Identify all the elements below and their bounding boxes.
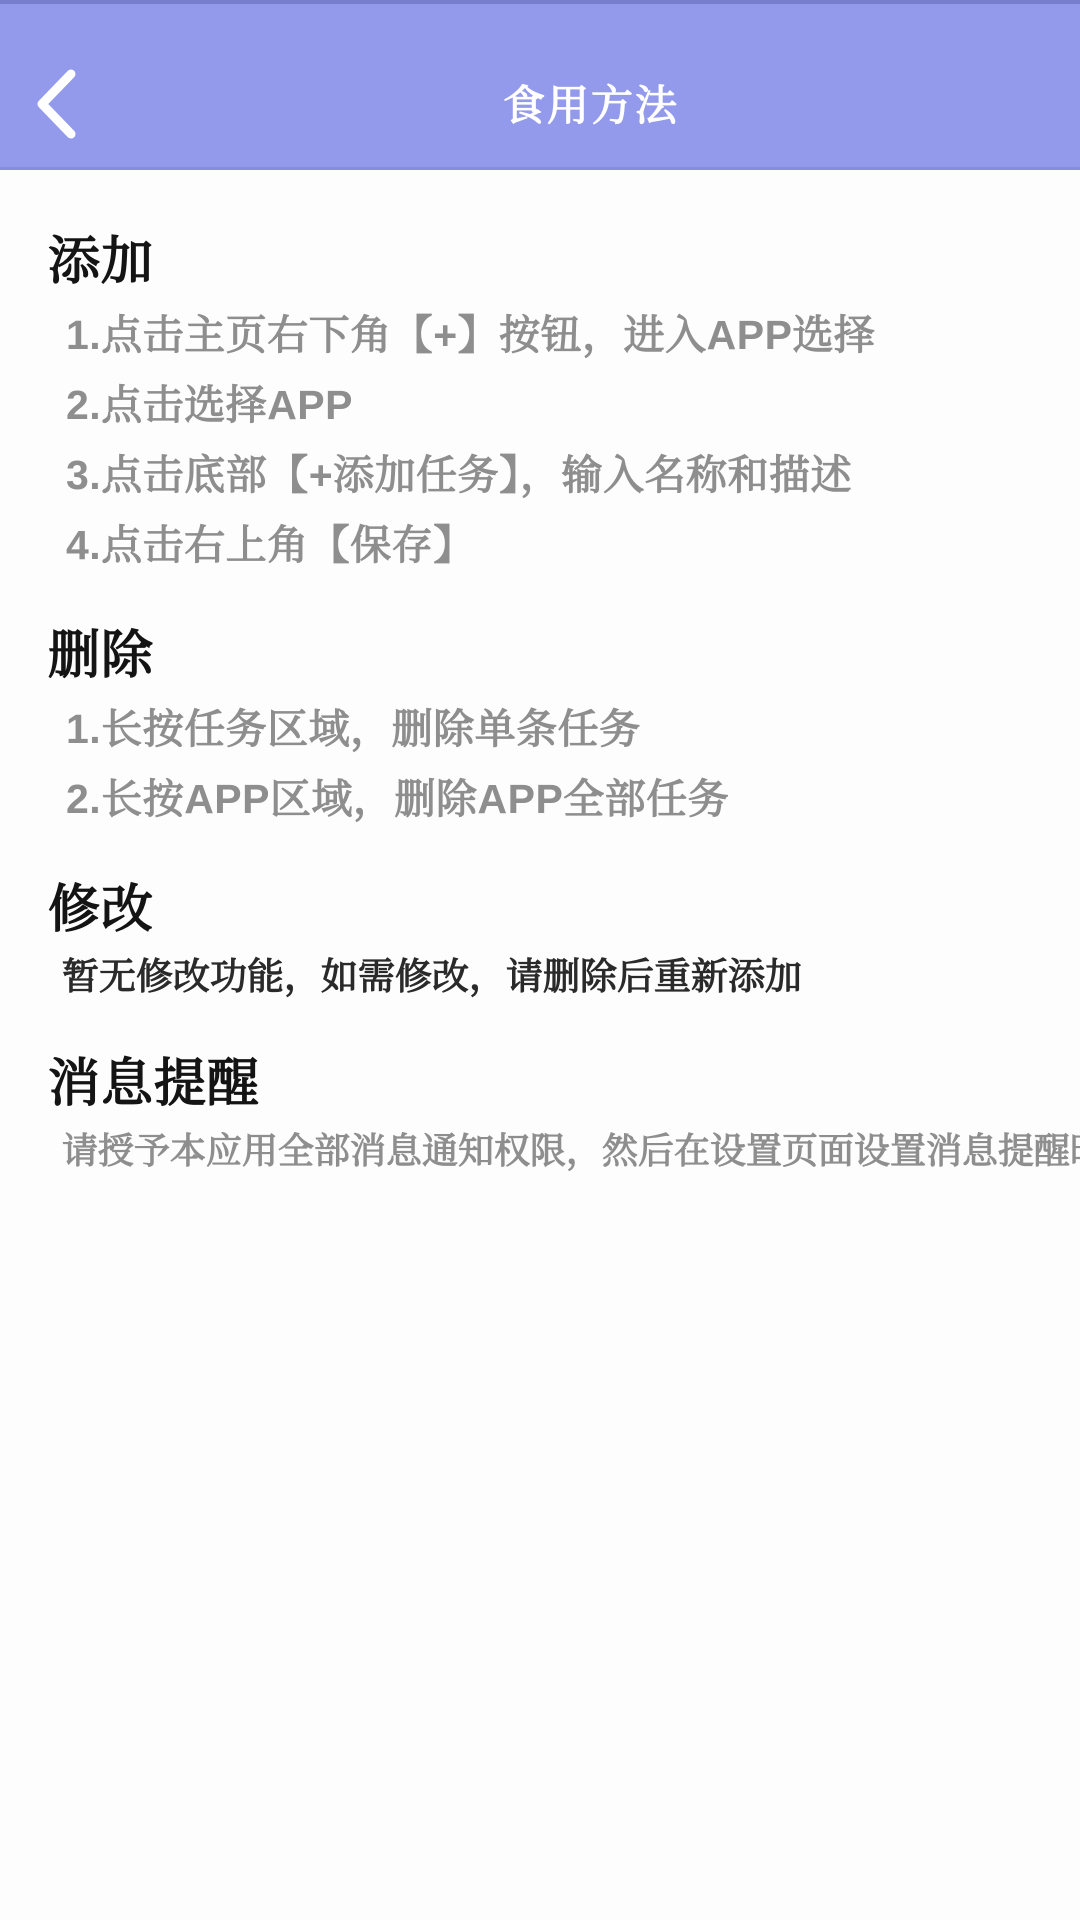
- section-modify: 修改 暂无修改功能，如需修改，请删除后重新添加: [48, 882, 1080, 1008]
- list-item: 2.长按APP区域，删除APP全部任务: [66, 764, 1080, 834]
- section-notify-body: 请授予本应用全部消息通知权限，然后在设置页面设置消息提醒时: [48, 1120, 1080, 1182]
- back-button[interactable]: [24, 60, 88, 148]
- list-item: 2.点击选择APP: [66, 370, 1080, 440]
- page-title: 食用方法: [503, 73, 679, 133]
- help-content: 添加 1.点击主页右下角【+】按钮，进入APP选择 2.点击选择APP 3.点击…: [0, 170, 1080, 1182]
- section-notify: 消息提醒 请授予本应用全部消息通知权限，然后在设置页面设置消息提醒时: [48, 1056, 1080, 1182]
- list-item: 4.点击右上角【保存】: [66, 510, 1080, 580]
- section-delete-title: 删除: [48, 628, 1080, 684]
- section-modify-title: 修改: [48, 882, 1080, 938]
- section-modify-body: 暂无修改功能，如需修改，请删除后重新添加: [48, 946, 1080, 1008]
- list-item: 3.点击底部【+添加任务】，输入名称和描述: [66, 440, 1080, 510]
- section-delete-list: 1.长按任务区域，删除单条任务 2.长按APP区域，删除APP全部任务: [48, 694, 1080, 834]
- section-add-title: 添加: [48, 234, 1080, 290]
- list-item: 1.点击主页右下角【+】按钮，进入APP选择: [66, 300, 1080, 370]
- app-header: 食用方法: [0, 0, 1080, 170]
- section-delete: 删除 1.长按任务区域，删除单条任务 2.长按APP区域，删除APP全部任务: [48, 628, 1080, 834]
- section-add: 添加 1.点击主页右下角【+】按钮，进入APP选择 2.点击选择APP 3.点击…: [48, 234, 1080, 580]
- help-screen: 食用方法 添加 1.点击主页右下角【+】按钮，进入APP选择 2.点击选择APP…: [0, 0, 1080, 1920]
- section-add-list: 1.点击主页右下角【+】按钮，进入APP选择 2.点击选择APP 3.点击底部【…: [48, 300, 1080, 580]
- section-notify-title: 消息提醒: [48, 1056, 1080, 1112]
- chevron-left-icon: [35, 69, 77, 139]
- list-item: 1.长按任务区域，删除单条任务: [66, 694, 1080, 764]
